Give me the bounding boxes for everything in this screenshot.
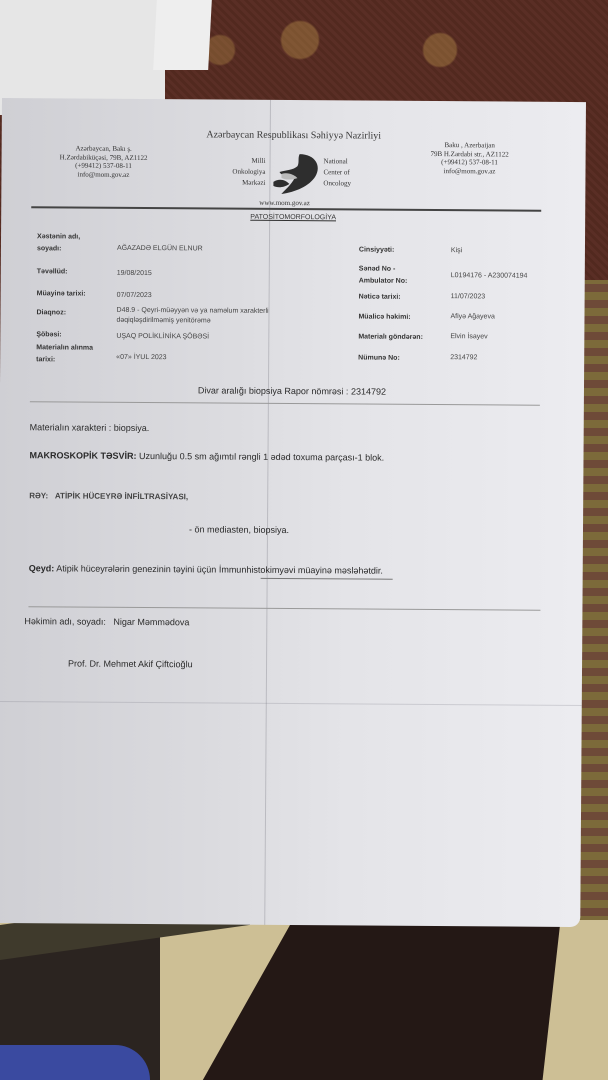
diagnosis-value: D48.9 - Qeyri-müəyyən və ya naməlum xara… xyxy=(116,306,268,327)
department-value: UŞAQ POLİKLİNİKA ŞÖBƏSİ xyxy=(116,332,209,343)
macroscopic-label: MAKROSKOPİK TƏSVİR: xyxy=(29,450,136,461)
physician-label: Müalicə həkimi: xyxy=(358,311,410,323)
result-date-label: Nəticə tarixi: xyxy=(359,291,401,303)
handwritten-underline xyxy=(261,578,393,580)
department-label: Şöbəsi: xyxy=(36,329,61,341)
patient-name: AĞAZADƏ ELGÜN ELNUR xyxy=(117,244,203,255)
gender-label: Cinsiyyəti: xyxy=(359,244,394,256)
header-divider xyxy=(31,206,541,212)
address-left: Azərbaycan, Bakı ş. H.Zərdabiküçəsi, 79B… xyxy=(43,144,163,179)
opinion: RƏY: ATİPİK HÜCEYRƏ İNFİLTRASİYASI, xyxy=(29,491,188,501)
gender-value: Kişi xyxy=(451,246,462,256)
note: Qeyd: Atipik hüceyrələrin genezinin təyi… xyxy=(29,563,383,575)
physician-value: Afiyə Ağayeva xyxy=(450,312,494,322)
note-text: Atipik hüceyrələrin genezinin təyini üçü… xyxy=(56,563,383,575)
document-no-value: L0194176 - A230074194 xyxy=(451,271,528,282)
dob-value: 19/08/2015 xyxy=(117,269,152,279)
result-date-value: 11/07/2023 xyxy=(451,292,486,302)
material-character: Materialın xarakteri : biopsiya. xyxy=(30,422,150,433)
pathology-report-document: Azərbaycan Respublikası Səhiyyə Nazirliy… xyxy=(0,98,586,927)
section-title: PATOSİTOMORFOLOGİYA xyxy=(1,212,585,223)
biopsy-location: - ön mediasten, biopsiya. xyxy=(189,524,289,535)
opinion-label: RƏY: xyxy=(29,491,48,500)
paper-fold xyxy=(0,701,582,706)
report-divider xyxy=(30,401,540,406)
material-date-label: Materialın alınma tarixi: xyxy=(36,342,93,366)
logo-text-az: Milli Onkologiya Mərkəzi xyxy=(223,156,265,189)
patient-name-label: Xəstənin adı, soyadı: xyxy=(37,231,80,255)
sender-value: Elvin İsayev xyxy=(450,332,487,342)
signature-divider xyxy=(28,606,540,611)
sample-no-label: Nümunə No: xyxy=(358,352,400,364)
opinion-text: ATİPİK HÜCEYRƏ İNFİLTRASİYASI, xyxy=(55,491,188,501)
exam-date-value: 07/07/2023 xyxy=(117,291,152,301)
diagnosis-label: Diaqnoz: xyxy=(36,307,66,319)
doctor-name: Nigar Məmmədova xyxy=(113,617,189,628)
doctor-signature: Həkimin adı, soyadı: Nigar Məmmədova xyxy=(24,616,189,627)
exam-date-label: Müayinə tarixi: xyxy=(37,288,86,300)
paper-fold xyxy=(264,100,271,925)
background-cloth xyxy=(0,1045,150,1080)
macroscopic-description: MAKROSKOPİK TƏSVİR: Uzunluğu 0.5 sm ağım… xyxy=(29,450,384,462)
crab-hands-logo-icon xyxy=(271,152,321,196)
dob-label: Təvəllüd: xyxy=(37,266,68,278)
sample-no-value: 2314792 xyxy=(450,353,477,363)
professor-name: Prof. Dr. Mehmet Akif Çiftcioğlu xyxy=(68,658,193,669)
report-title: Divar aralığı biopsiya Rapor nömrəsi : 2… xyxy=(0,384,584,398)
note-label: Qeyd: xyxy=(29,563,55,573)
macroscopic-text: Uzunluğu 0.5 sm ağımtıl rəngli 1 ədəd to… xyxy=(139,451,384,463)
document-no-label: Sənəd No - Ambulator No: xyxy=(359,263,408,287)
material-date-value: «07» İYUL 2023 xyxy=(116,353,166,363)
background-paper xyxy=(153,0,212,70)
sender-label: Materialı göndərən: xyxy=(358,331,423,343)
logo-text-en: National Center of Oncology xyxy=(323,156,351,189)
address-right: Baku , Azerbaijan 79B H.Zardabi str., AZ… xyxy=(409,141,529,176)
oncology-center-logo: Milli Onkologiya Mərkəzi National Center… xyxy=(221,148,371,211)
doctor-label: Həkimin adı, soyadı: xyxy=(24,616,106,627)
